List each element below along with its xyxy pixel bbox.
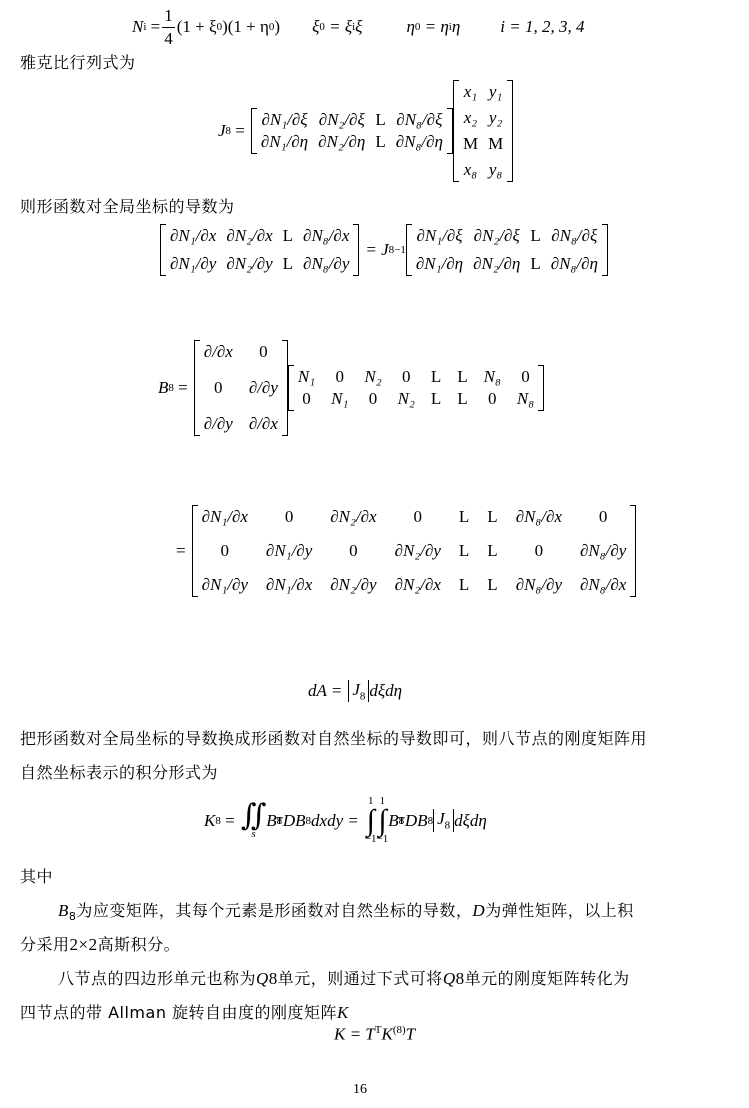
derivative-intro-text: 则形函数对全局坐标的导数为 bbox=[20, 194, 235, 217]
transform-equation: K = TTK(8)T bbox=[334, 1024, 415, 1045]
paragraph-2-line-1: B8为应变矩阵，其每个元素是形函数对自然坐标的导数，D为弹性矩阵，以上积 bbox=[58, 898, 634, 923]
b-matrix-equation: B8 = ∂/∂x0 0∂/∂y ∂/∂y∂/∂x N₁0 N₂0 LL N₈0… bbox=[158, 340, 544, 436]
paragraph-3-line-1: 八节点的四边形单元也称为Q8单元，则通过下式可将Q8单元的刚度矩阵转化为 bbox=[58, 966, 630, 989]
b-matrix-expanded: = ∂N₁/∂x0 ∂N₂/∂x0 LL ∂N₈/∂x0 0∂N₁/∂y 0∂N… bbox=[176, 505, 636, 597]
global-derivative-equation: ∂N₁/∂x ∂N₂/∂x L ∂N₈/∂x ∂N₁/∂y ∂N₂/∂y L ∂… bbox=[160, 224, 608, 281]
paragraph-3-line-2: 四节点的带 Allman 旋转自由度的刚度矩阵K bbox=[20, 1000, 349, 1023]
page-number: 16 bbox=[353, 1082, 367, 1098]
stiffness-integral-equation: K8 = ∬s B8T DB8 dxdy = 1∫−1 1∫−1 B8T DB8… bbox=[204, 796, 487, 845]
paragraph-2-line-2: 分采用2×2高斯积分。 bbox=[20, 932, 180, 955]
area-element-equation: dA = J8 dξdη bbox=[308, 680, 402, 702]
jacobian-equation: J8 = ∂N₁/∂ξ ∂N₂/∂ξ L ∂N₈/∂ξ ∂N₁/∂η ∂N₂/∂… bbox=[218, 80, 513, 182]
where-text: 其中 bbox=[20, 864, 53, 887]
shape-function-equation: Ni = 14 (1 + ξ0 )(1 + η0 ) ξ0 = ξiξ η0 =… bbox=[132, 6, 585, 48]
paragraph-1-line-2: 自然坐标表示的积分形式为 bbox=[20, 760, 218, 783]
paragraph-1-line-1: 把形函数对全局坐标的导数换成形函数对自然坐标的导数即可，则八节点的刚度矩阵用 bbox=[20, 726, 647, 749]
jacobian-intro-text: 雅克比行列式为 bbox=[20, 50, 136, 73]
